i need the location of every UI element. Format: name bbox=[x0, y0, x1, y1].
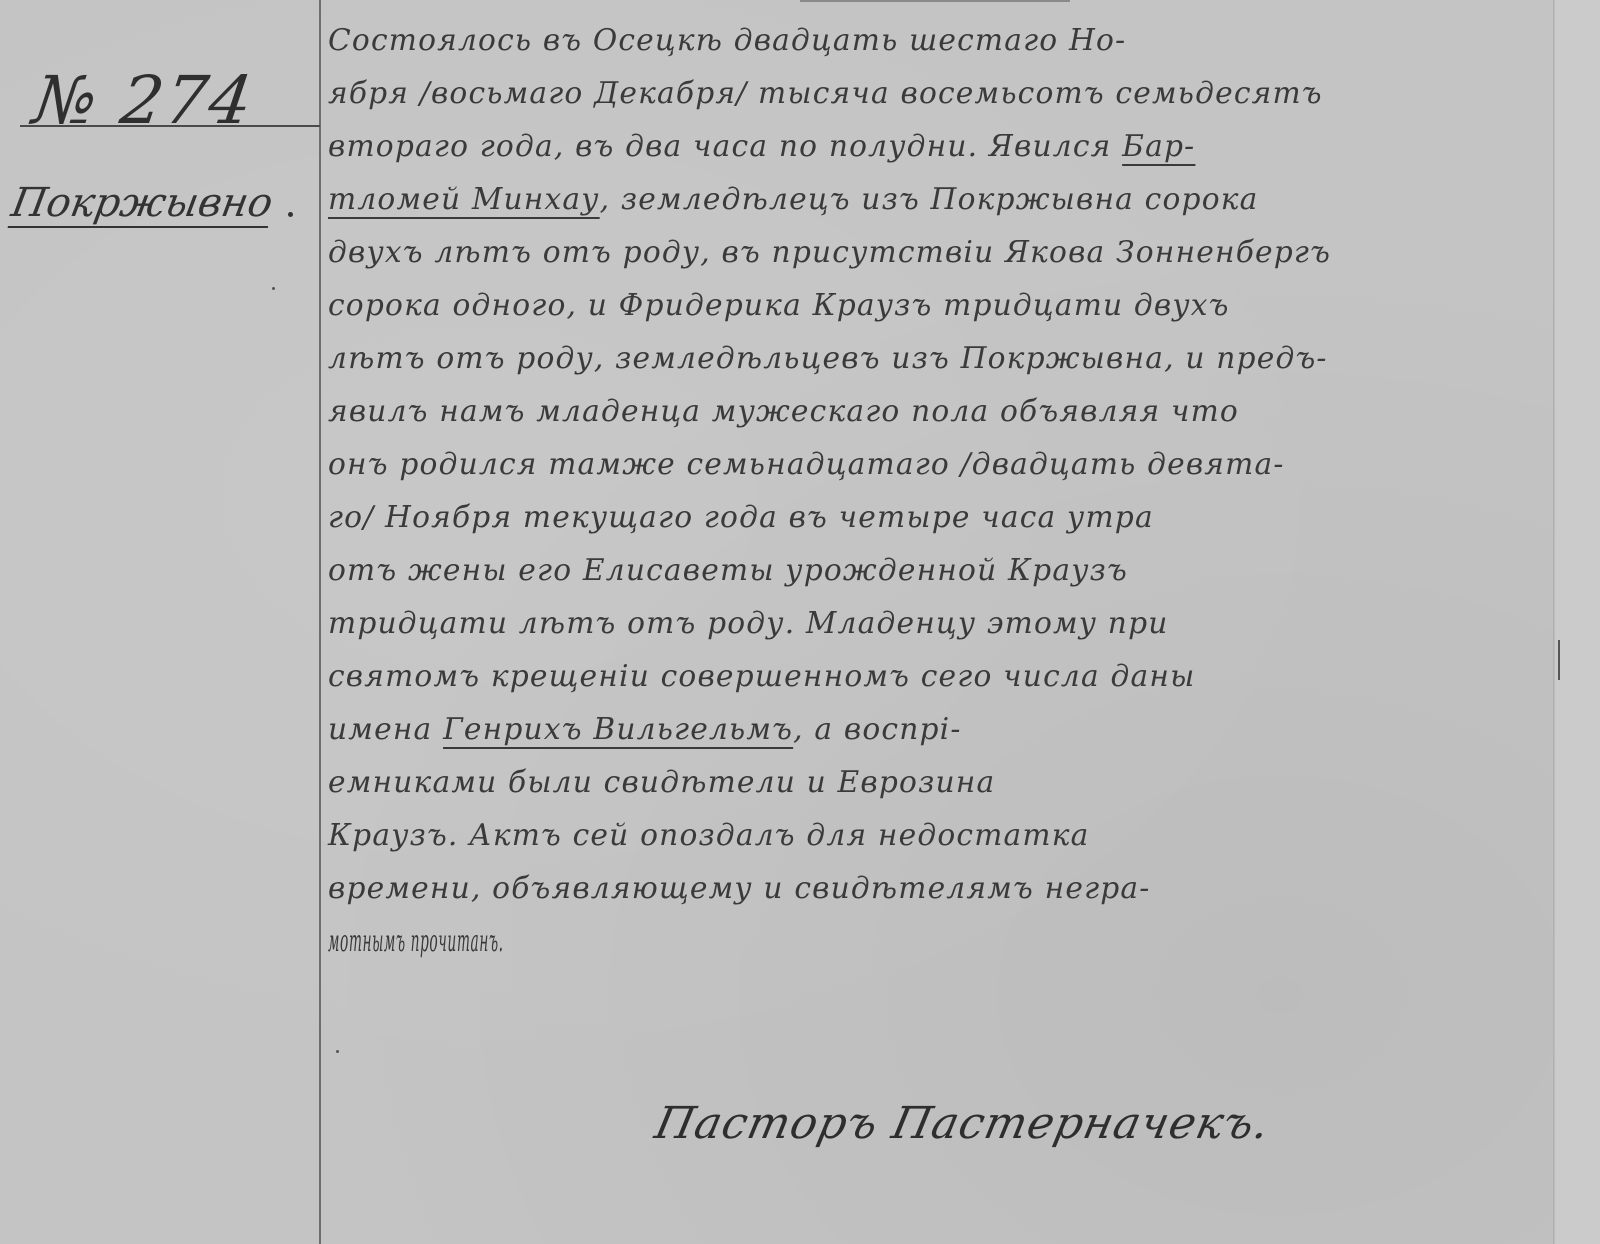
body-line-2: ября /восьмаго Декабря/ тысяча восемьсот… bbox=[328, 67, 1533, 120]
margin-rule bbox=[319, 0, 321, 1244]
document-page: № 274 Покржывно Состоялось въ Осецкѣ два… bbox=[0, 0, 1600, 1244]
top-edge-mark bbox=[800, 0, 1070, 2]
body-line-7: лѣтъ отъ роду, земледѣльцевъ изъ Покржыв… bbox=[328, 332, 1533, 385]
body-line-18: мотнымъ прочитанъ. bbox=[328, 915, 888, 968]
body-line-1: Состоялось въ Осецкѣ двадцать шестаго Но… bbox=[328, 14, 1533, 67]
body-line-10: го/ Ноября текущаго года въ четыре часа … bbox=[328, 491, 1533, 544]
body-line-6: сорока одного, и Фридерика Краузъ тридца… bbox=[328, 279, 1533, 332]
body-line-11: отъ жены его Елисаветы урожденной Краузъ bbox=[328, 544, 1533, 597]
right-edge-mark bbox=[1558, 640, 1560, 680]
father-name-part-2: тломей Минхау bbox=[328, 182, 600, 217]
father-name-part-1: Бар- bbox=[1122, 129, 1195, 164]
body-line-14: имена Генрихъ Вильгельмъ, а воспрі- bbox=[328, 703, 1533, 756]
body-line-3: втораго года, въ два часа по полудни. Яв… bbox=[328, 120, 1533, 173]
record-body: Состоялось въ Осецкѣ двадцать шестаго Но… bbox=[328, 14, 1546, 968]
body-line-5: двухъ лѣтъ отъ роду, въ присутствіи Яков… bbox=[328, 226, 1533, 279]
page-edge bbox=[1553, 0, 1556, 1244]
ink-speck bbox=[336, 1050, 339, 1053]
body-line-12: тридцати лѣтъ отъ роду. Младенцу этому п… bbox=[328, 597, 1533, 650]
body-line-16: Краузъ. Актъ сей опоздалъ для недостатка bbox=[328, 809, 1533, 862]
body-line-17: времени, объявляющему и свидѣтелямъ негр… bbox=[328, 862, 1533, 915]
body-line-9: онъ родился тамже семьнадцатаго /двадцат… bbox=[328, 438, 1533, 491]
ink-speck bbox=[272, 287, 275, 290]
pastor-signature: Пасторъ Пастерначекъ. bbox=[651, 1098, 1275, 1149]
body-line-8: явилъ намъ младенца мужескаго пола объяв… bbox=[328, 385, 1533, 438]
village-period bbox=[288, 212, 293, 217]
body-line-15: емниками были свидѣтели и Еврозина bbox=[328, 756, 1533, 809]
village-name: Покржывно bbox=[8, 180, 276, 226]
body-line-13: святомъ крещеніи совершенномъ сего числа… bbox=[328, 650, 1533, 703]
entry-number-rule bbox=[20, 125, 320, 127]
page-edge-shadow bbox=[1556, 0, 1600, 1244]
body-line-4: тломей Минхау, земледѣлецъ изъ Покржывна… bbox=[328, 173, 1533, 226]
entry-number: № 274 bbox=[29, 62, 259, 139]
child-given-names: Генрихъ Вильгельмъ bbox=[443, 712, 793, 747]
